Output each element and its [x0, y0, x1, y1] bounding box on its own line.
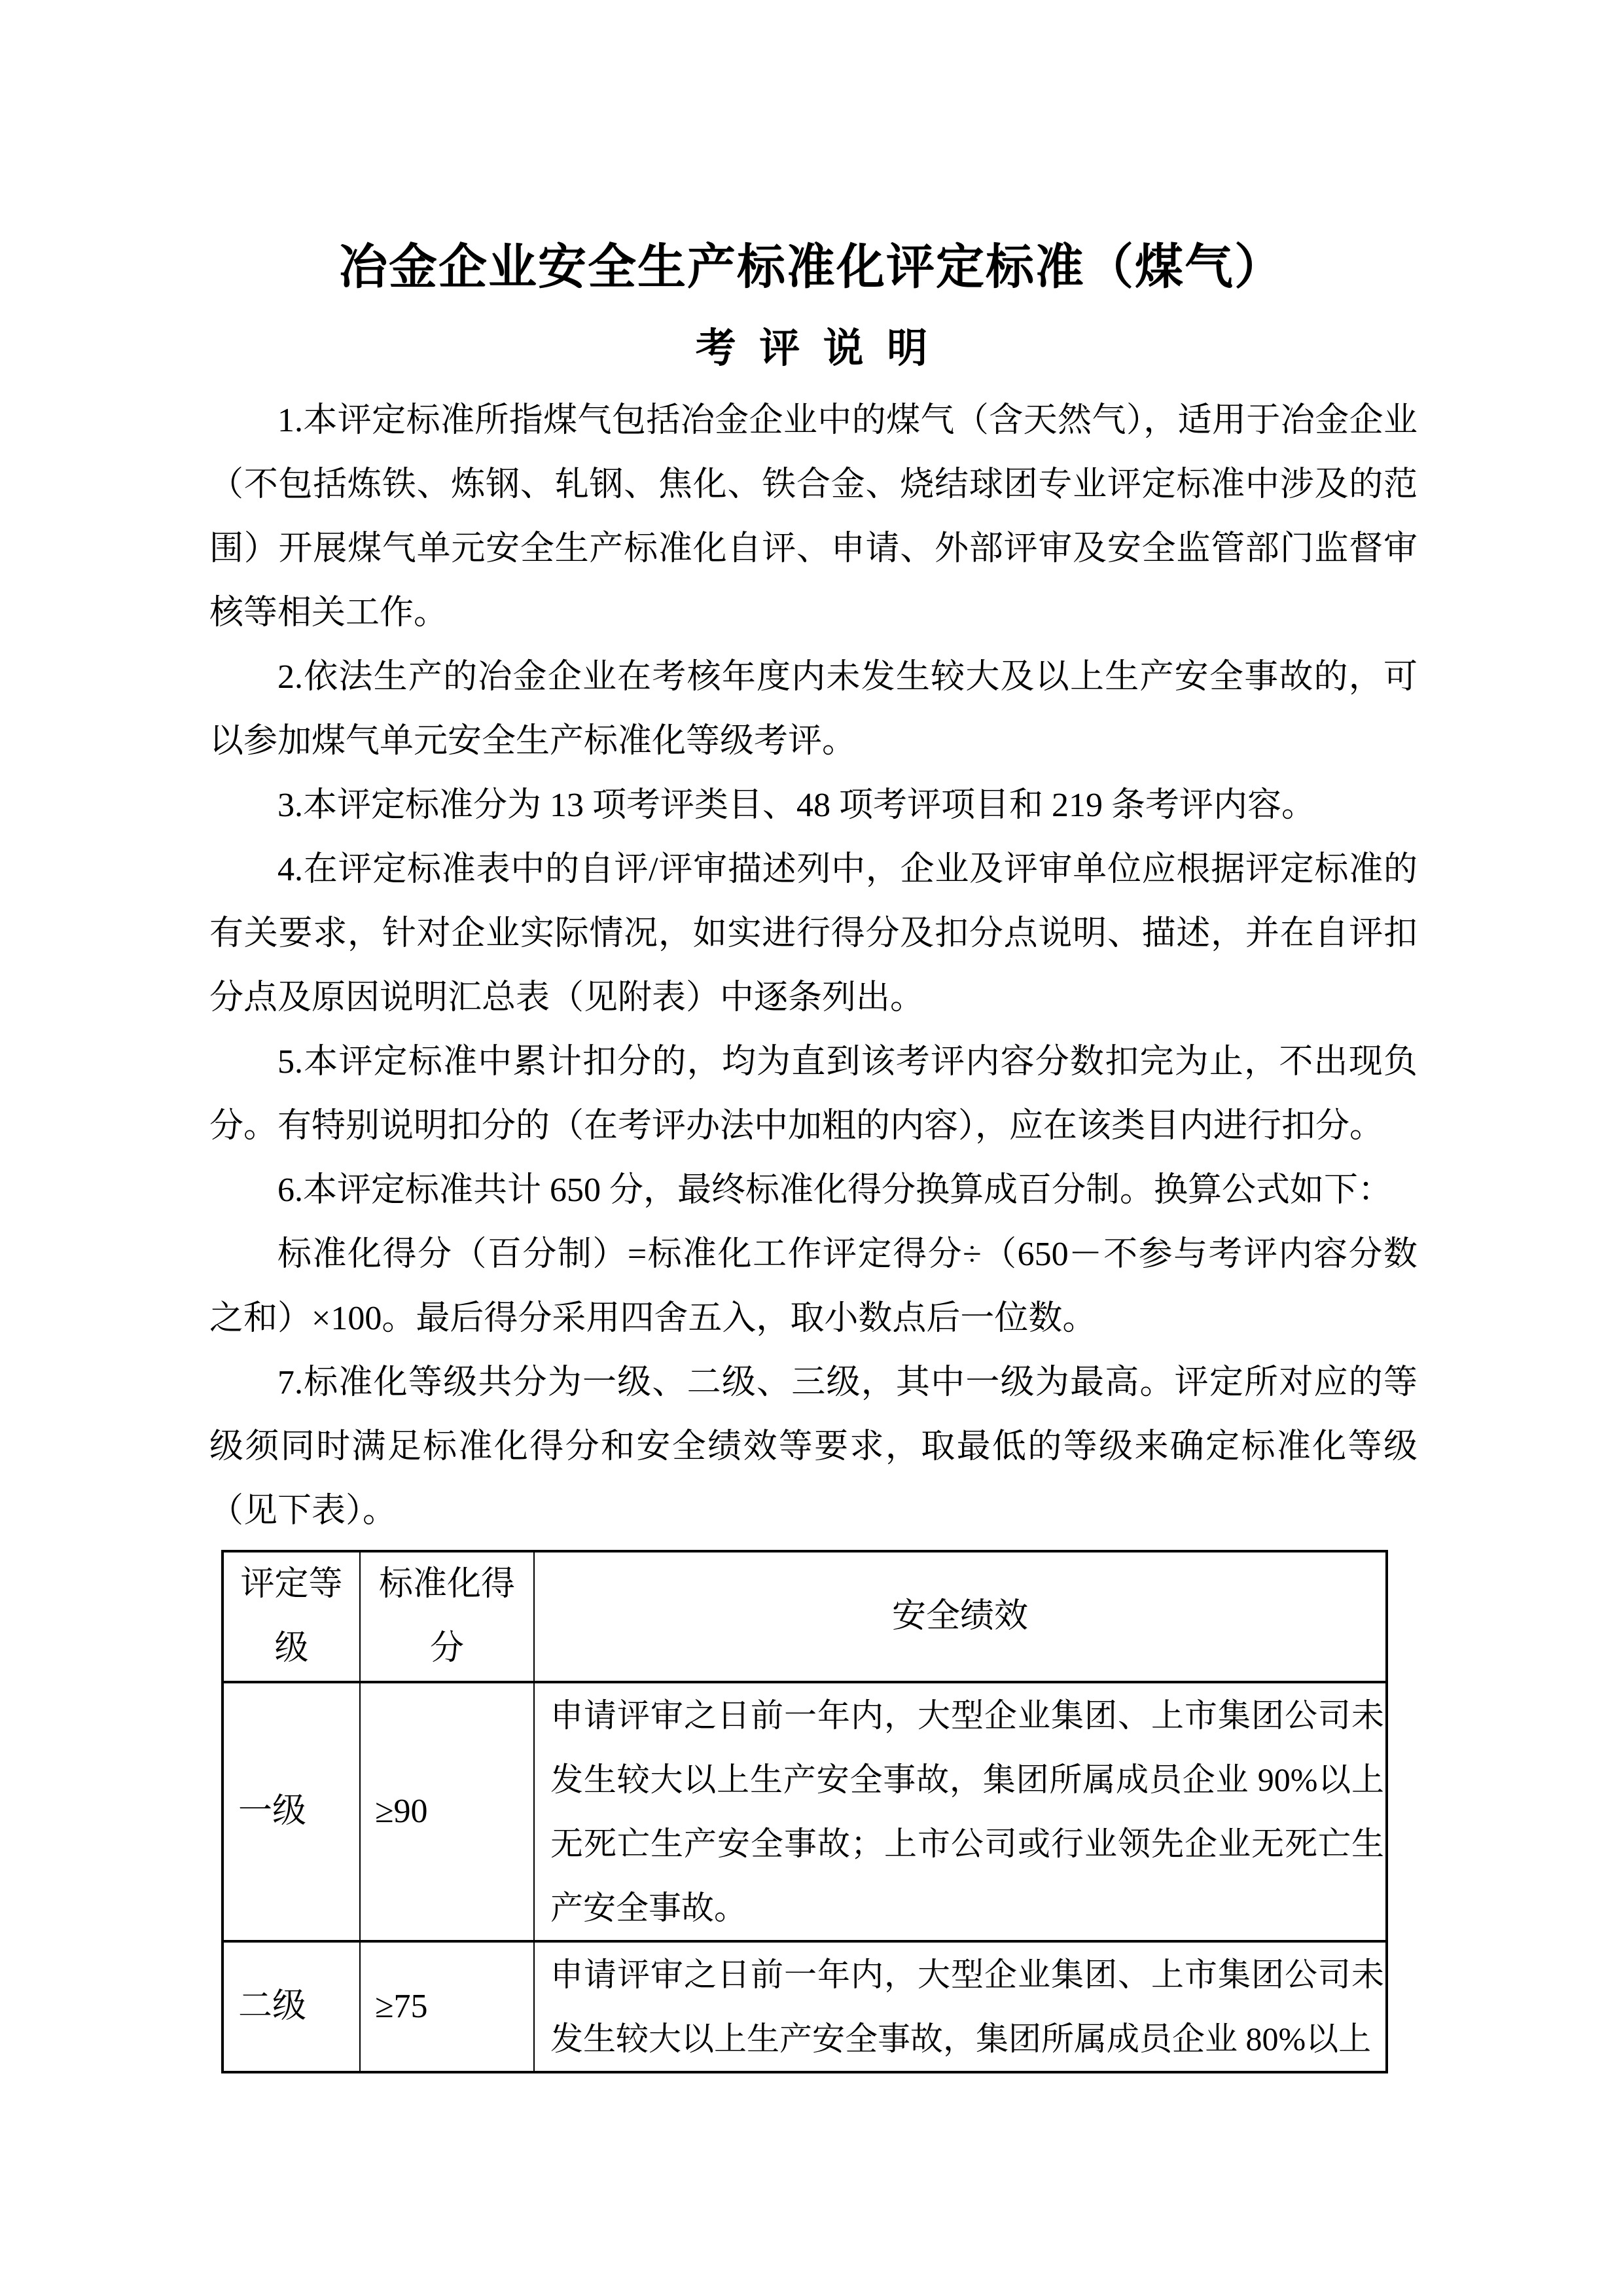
page-title: 冶金企业安全生产标准化评定标准（煤气） — [0, 243, 1623, 292]
grade-criteria-table: 评定等级 标准化得分 安全绩效 一级 ≥90 申请评审之日前一年内，大型企业集团… — [221, 1550, 1388, 2073]
page-subtitle: 考 评 说 明 — [0, 329, 1623, 369]
grade-level1: 一级 — [223, 1682, 360, 1941]
header-score: 标准化得分 — [360, 1551, 534, 1682]
score-level2: ≥75 — [360, 1941, 534, 2072]
document-body: 1.本评定标准所指煤气包括冶金企业中的煤气（含天然气），适用于冶金企业（不包括炼… — [0, 389, 1623, 1543]
formula-line: 标准化得分（百分制）=标准化工作评定得分÷（650－不参与考评内容分数之和）×1… — [209, 1223, 1418, 1351]
document-page: 冶金企业安全生产标准化评定标准（煤气） 考 评 说 明 1.本评定标准所指煤气包… — [0, 0, 1623, 2296]
paragraph-3: 3.本评定标准分为 13 项考评类目、48 项考评项目和 219 条考评内容。 — [209, 774, 1418, 838]
paragraph-6: 6.本评定标准共计 650 分，最终标准化得分换算成百分制。换算公式如下： — [209, 1158, 1418, 1223]
paragraph-5: 5.本评定标准中累计扣分的，均为直到该考评内容分数扣完为止，不出现负分。有特别说… — [209, 1030, 1418, 1158]
header-row: 评定等级 标准化得分 安全绩效 — [223, 1551, 1387, 1682]
table-row-level1: 一级 ≥90 申请评审之日前一年内，大型企业集团、上市集团公司未发生较大以上生产… — [223, 1682, 1387, 1941]
paragraph-2: 2.依法生产的冶金企业在考核年度内未发生较大及以上生产安全事故的，可以参加煤气单… — [209, 645, 1418, 774]
paragraph-7: 7.标准化等级共分为一级、二级、三级，其中一级为最高。评定所对应的等级须同时满足… — [209, 1351, 1418, 1543]
table-header: 评定等级 标准化得分 安全绩效 — [223, 1551, 1387, 1682]
performance-level2: 申请评审之日前一年内，大型企业集团、上市集团公司未发生较大以上生产安全事故，集团… — [534, 1941, 1387, 2072]
header-performance: 安全绩效 — [534, 1551, 1387, 1682]
table-row-level2: 二级 ≥75 申请评审之日前一年内，大型企业集团、上市集团公司未发生较大以上生产… — [223, 1941, 1387, 2072]
paragraph-4: 4.在评定标准表中的自评/评审描述列中，企业及评审单位应根据评定标准的有关要求，… — [209, 838, 1418, 1030]
grade-level2: 二级 — [223, 1941, 360, 2072]
score-level1: ≥90 — [360, 1682, 534, 1941]
performance-level1: 申请评审之日前一年内，大型企业集团、上市集团公司未发生较大以上生产安全事故，集团… — [534, 1682, 1387, 1941]
paragraph-1: 1.本评定标准所指煤气包括冶金企业中的煤气（含天然气），适用于冶金企业（不包括炼… — [209, 389, 1418, 645]
header-grade: 评定等级 — [223, 1551, 360, 1682]
